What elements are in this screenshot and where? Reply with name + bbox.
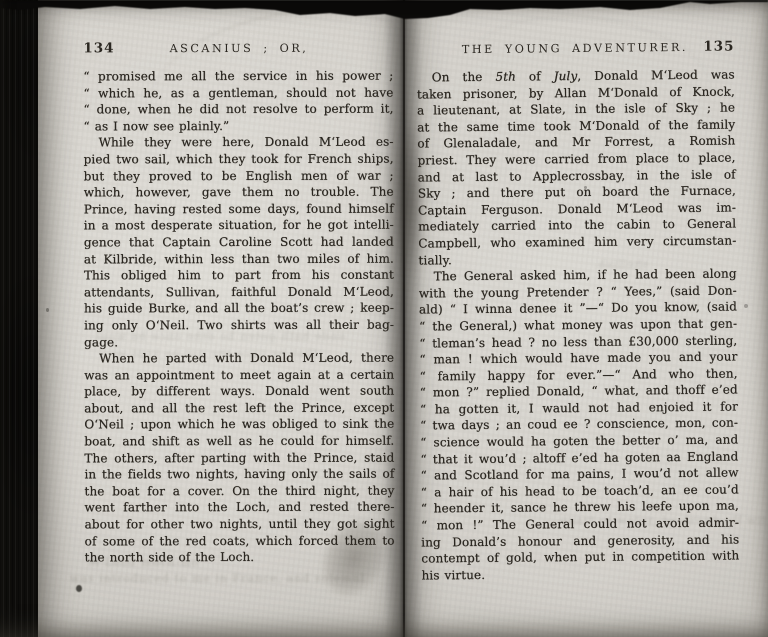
book-scan-photo: ende hath goten he dthe once ba would th… — [0, 0, 768, 637]
page-number-left: 134 — [83, 40, 114, 56]
text-line: attendants, Sullivan, faithful Donald M‘… — [84, 283, 394, 300]
body-text-right: On the 5th of July, Donald M‘Leod wastak… — [417, 66, 740, 583]
text-line: the boat for a cover. On the third night… — [84, 482, 394, 499]
ink-speck — [76, 585, 82, 592]
text-line: “ promised me all the service in his pow… — [83, 68, 393, 85]
text-line: about, and all the rest left the Prince,… — [84, 399, 394, 416]
text-line: the north side of the Loch. — [85, 549, 395, 566]
text-line: “ done, when he did not resolve to perfo… — [83, 101, 393, 118]
text-line: gence that Captain Caroline Scott had la… — [84, 234, 394, 251]
page-number-right: 135 — [703, 38, 734, 54]
text-line: This obliged him to part from his consta… — [84, 267, 394, 284]
running-title-right: THE YOUNG ADVENTURER. — [446, 41, 703, 56]
text-line: his guide Burke, and all the boat’s crew… — [84, 300, 394, 317]
text-line: Prince, having rested some days, found h… — [84, 200, 394, 217]
text-line: place, by different ways. Donald went so… — [84, 383, 394, 400]
text-line: in a most desperate situation, for he go… — [84, 217, 394, 234]
scan-edge-shadow — [0, 0, 768, 24]
text-line: about for other two nights, until they g… — [85, 516, 395, 533]
text-line: of some of the red coats, which forced t… — [85, 532, 395, 549]
ink-speck — [744, 304, 748, 308]
text-line: in the fields two nights, having only th… — [84, 466, 394, 483]
text-line: but they proved to be English men of war… — [84, 167, 394, 184]
running-head-right: THE YOUNG ADVENTURER. 135 — [416, 38, 734, 57]
text-line: contempt of gold, when put in competitio… — [421, 548, 739, 568]
body-text-left: “ promised me all the service in his pow… — [83, 68, 394, 567]
text-line: O‘Neil ; upon which he was obliged to si… — [84, 416, 394, 433]
page-gutter-line — [403, 0, 405, 637]
text-line: his virtue. — [421, 564, 739, 584]
text-line: was an appointment to meet again at a ce… — [84, 366, 394, 383]
page-134-text: 134 ASCANIUS ; OR, “ promised me all the… — [83, 40, 394, 567]
text-line: Campbell, who examined him very circumst… — [418, 232, 736, 252]
running-title-left: ASCANIUS ; OR, — [115, 42, 364, 56]
text-line: boat, and shift as well as he could for … — [84, 433, 394, 450]
ink-speck — [46, 308, 49, 312]
page-135-text: THE YOUNG ADVENTURER. 135 On the 5th of … — [416, 38, 739, 583]
text-line: pied two sail, which they took for Frenc… — [84, 151, 394, 168]
running-head-left: 134 ASCANIUS ; OR, — [83, 40, 393, 57]
text-line: While they were here, Donald M‘Leod es- — [84, 134, 394, 151]
text-line: “ as I now see plainly.” — [84, 117, 394, 134]
text-line: gage. — [84, 333, 394, 350]
text-line: which, however, gave them no trouble. Th… — [84, 184, 394, 201]
text-line: ing only O‘Neil. Two shirts was all thei… — [84, 317, 394, 334]
text-line: went farther into the Loch, and rested t… — [85, 499, 395, 516]
text-line: at Kilbride, within less than two miles … — [84, 250, 394, 267]
text-line: When he parted with Donald M‘Leod, there — [84, 350, 394, 367]
text-line: The others, after parting with the Princ… — [84, 449, 394, 466]
text-line: “ which he, as a gentleman, should not h… — [83, 84, 393, 101]
